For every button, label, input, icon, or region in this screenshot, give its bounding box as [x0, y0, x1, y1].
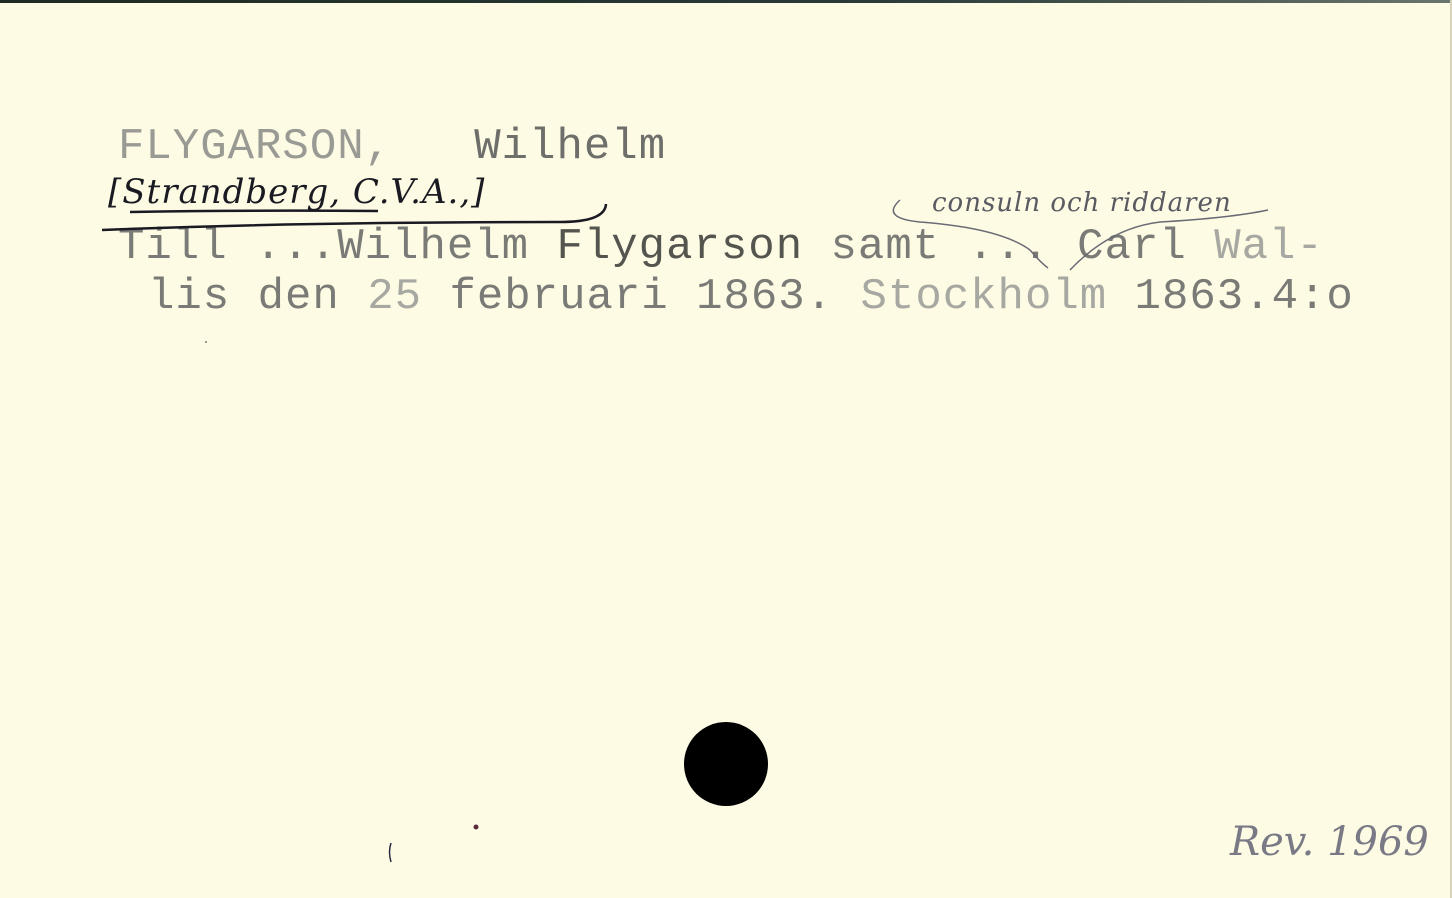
- title-line-2: lis den 25 februari 1863. Stockholm 1863…: [148, 272, 1354, 322]
- catalog-card: FLYGARSON, Wilhelm [Strandberg, C.V.A.,]…: [0, 0, 1452, 898]
- title-fragment: Flygarson: [556, 222, 803, 272]
- revision-note: Rev. 1969: [1230, 818, 1429, 866]
- title-fragment: samt ... Carl: [803, 222, 1214, 272]
- card-top-edge: [0, 0, 1452, 3]
- title-fragment: Till ...Wilhelm: [118, 222, 556, 272]
- author-surname: FLYGARSON,: [118, 122, 392, 172]
- title-line-1: Till ...Wilhelm Flygarson samt ... Carl …: [118, 222, 1324, 272]
- title-fragment: 25: [367, 272, 422, 322]
- author-given-name: Wilhelm: [474, 122, 666, 172]
- title-fragment: Wal-: [1214, 222, 1324, 272]
- author-heading: FLYGARSON, Wilhelm: [118, 122, 666, 172]
- imprint-place: Stockholm: [861, 272, 1108, 322]
- title-fragment: lis den: [148, 272, 367, 322]
- handwritten-pseudonym-note: [Strandberg, C.V.A.,]: [108, 172, 485, 212]
- handwritten-insertion: consuln och riddaren: [932, 188, 1232, 218]
- card-punch-hole: [684, 722, 768, 806]
- title-fragment: februari 1863.: [422, 272, 860, 322]
- imprint-date-format: 1863.4:o: [1107, 272, 1354, 322]
